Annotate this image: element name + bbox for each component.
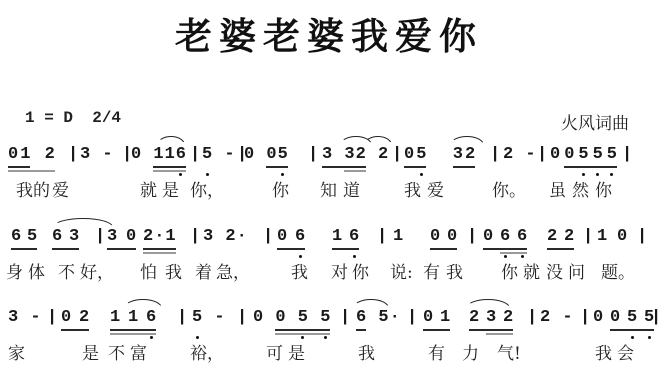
notation-group: 10 xyxy=(597,227,637,247)
barline: | xyxy=(583,227,594,247)
notation-group: 6 5· xyxy=(356,308,401,328)
barline: | xyxy=(47,308,58,328)
barline: | xyxy=(407,308,418,328)
beam-underline xyxy=(483,248,527,250)
barline: | xyxy=(467,227,478,247)
lyric-word: 体 xyxy=(28,258,45,283)
beam-underline-2 xyxy=(153,170,186,172)
notation-group: 1 xyxy=(393,227,404,247)
notation-group: 22 xyxy=(547,227,581,247)
lyric-word: 身 xyxy=(6,258,23,283)
low-octave-dot xyxy=(179,173,182,176)
barline: | xyxy=(177,308,188,328)
lyric-word: 我的 xyxy=(16,176,50,201)
barline: | xyxy=(527,308,538,328)
notation-group: 066 xyxy=(483,227,534,247)
lyric-word: 就 xyxy=(140,176,157,201)
low-octave-dot xyxy=(324,336,327,339)
lyric-word: 你。 xyxy=(492,176,526,201)
beam-underline-2 xyxy=(500,252,527,254)
low-octave-dot xyxy=(150,336,153,339)
lyric-word: 急， xyxy=(216,258,250,283)
beam-underline xyxy=(332,248,359,250)
notation-group: 5 - xyxy=(192,308,226,328)
notation-group: 00 xyxy=(430,227,464,247)
lyric-word: 虽 xyxy=(549,176,566,201)
notation-group: 16 xyxy=(332,227,366,247)
beam-underline xyxy=(61,329,89,331)
beam-underline xyxy=(8,166,30,168)
notation-group: 2 - xyxy=(540,308,574,328)
song-title: 老婆老婆我爱你 xyxy=(0,6,658,60)
notation-group: 30 xyxy=(107,227,145,247)
beam-underline xyxy=(11,248,37,250)
lyric-word: 我 xyxy=(404,176,421,201)
notation-group: 116 xyxy=(110,308,164,328)
lyric-word: 你 xyxy=(352,258,369,283)
lyric-word: 你， xyxy=(190,176,224,201)
notation-group: 0 0 5 5 xyxy=(253,308,331,328)
notation-group: 06 xyxy=(277,227,313,247)
notation-group: 65 xyxy=(11,227,43,247)
barline: | xyxy=(651,308,658,328)
lyric-word: 你 xyxy=(272,176,289,201)
key-time-signature: 1 = D 2/4 xyxy=(25,109,121,127)
lyric-word: 你 xyxy=(501,258,518,283)
lyric-word: 有 xyxy=(423,258,440,283)
beam-underline-2 xyxy=(110,333,156,335)
notation-group: 3 32 2 xyxy=(322,145,389,165)
lyric-word: 我 xyxy=(291,258,308,283)
barline: | xyxy=(580,308,591,328)
lyric-word: 是 xyxy=(288,339,305,364)
lyric-word: 富 xyxy=(130,339,147,364)
beam-underline xyxy=(430,248,457,250)
notation-group: 01 xyxy=(423,308,457,328)
low-octave-dot xyxy=(648,336,651,339)
lyric-word: 力 xyxy=(462,339,479,364)
composer-credit: 火风词曲 xyxy=(561,109,629,134)
beam-underline-2 xyxy=(344,170,365,172)
barline: | xyxy=(190,145,201,165)
beam-underline xyxy=(52,248,79,250)
lyric-word: 说: xyxy=(390,258,413,283)
lyric-word: 爱 xyxy=(427,176,444,201)
beam-underline xyxy=(547,248,574,250)
barline: | xyxy=(68,145,79,165)
lyric-word: 会 xyxy=(617,339,634,364)
sheet-music-page: 老婆老婆我爱你 1 = D 2/4 火风词曲 01 2|3 -|0 116|5 … xyxy=(0,0,658,375)
notation-group: 3 2· xyxy=(203,227,248,247)
lyric-word: 不 xyxy=(58,258,75,283)
notation-group: 5 - xyxy=(202,145,236,165)
notation-group: 0055 xyxy=(593,308,658,328)
notation-group: 01 2 xyxy=(8,145,57,165)
lyric-word: 是 xyxy=(82,339,99,364)
lyric-word: 就 xyxy=(523,258,540,283)
notation-group: 00555 xyxy=(550,145,621,165)
lyric-word: 我 xyxy=(446,258,463,283)
barline: | xyxy=(237,308,248,328)
lyric-word: 没 xyxy=(546,258,563,283)
barline: | xyxy=(622,145,633,165)
beam-underline xyxy=(110,329,156,331)
barline: | xyxy=(490,145,501,165)
beam-underline xyxy=(277,248,305,250)
barline: | xyxy=(377,227,388,247)
notation-group: 02 xyxy=(61,308,97,328)
notation-group: 05 32 xyxy=(404,145,477,165)
lyric-word: 有 xyxy=(428,339,445,364)
lyric-word: 裕， xyxy=(190,339,224,364)
slur-arc xyxy=(157,136,185,145)
beam-underline xyxy=(564,166,617,168)
notation-group: 0 05 xyxy=(244,145,289,165)
lyric-word: 我 xyxy=(595,339,612,364)
slur-arc xyxy=(450,136,484,145)
notation-group: 63 xyxy=(52,227,86,247)
beam-underline-2 xyxy=(8,170,55,172)
beam-underline xyxy=(266,166,287,168)
slur-arc xyxy=(466,299,510,308)
lyric-word: 对 xyxy=(331,258,348,283)
beam-underline-2 xyxy=(486,333,513,335)
barline: | xyxy=(190,227,201,247)
lyric-word: 道 xyxy=(343,176,360,201)
lyric-word: 气! xyxy=(497,339,521,364)
barline: | xyxy=(308,145,319,165)
lyric-word: 不 xyxy=(108,339,125,364)
barline: | xyxy=(392,145,403,165)
lyric-word: 知 xyxy=(320,176,337,201)
beam-underline xyxy=(143,248,176,250)
lyric-word: 我 xyxy=(165,258,182,283)
beam-underline xyxy=(356,329,366,331)
lyric-word: 可 xyxy=(266,339,283,364)
lyric-word: 你 xyxy=(595,176,612,201)
barline: | xyxy=(637,227,648,247)
lyric-word: 我 xyxy=(358,339,375,364)
lyric-word: 题。 xyxy=(601,258,635,283)
lyric-word: 爱 xyxy=(52,176,69,201)
notation-group: 0 116 xyxy=(131,145,187,165)
barline: | xyxy=(95,227,106,247)
beam-underline xyxy=(153,166,186,168)
lyric-word: 是 xyxy=(162,176,179,201)
beam-underline xyxy=(453,166,475,168)
notation-group: 232 xyxy=(469,308,520,328)
beam-underline xyxy=(469,329,513,331)
notation-group: 2 - xyxy=(503,145,537,165)
lyric-word: 问 xyxy=(568,258,585,283)
notation-group: 3 - xyxy=(8,308,42,328)
beam-underline-2 xyxy=(275,333,330,335)
notation-group: 2·1 xyxy=(143,227,177,247)
lyric-word: 家 xyxy=(8,339,25,364)
beam-underline xyxy=(275,329,330,331)
beam-underline xyxy=(404,166,426,168)
beam-underline xyxy=(322,166,366,168)
lyric-word: 怕 xyxy=(140,258,157,283)
slur-arc xyxy=(53,218,113,227)
lyric-word: 好， xyxy=(80,258,114,283)
slur-arc xyxy=(364,136,392,145)
barline: | xyxy=(340,308,351,328)
notation-group: 3 - xyxy=(80,145,114,165)
beam-underline xyxy=(423,329,450,331)
beam-underline xyxy=(610,329,654,331)
beam-underline xyxy=(107,248,136,250)
barline: | xyxy=(263,227,274,247)
slur-arc xyxy=(124,299,162,308)
slur-arc xyxy=(353,299,389,308)
lyric-word: 着 xyxy=(195,258,212,283)
barline: | xyxy=(537,145,548,165)
lyric-word: 然 xyxy=(572,176,589,201)
beam-underline-2 xyxy=(143,252,176,254)
